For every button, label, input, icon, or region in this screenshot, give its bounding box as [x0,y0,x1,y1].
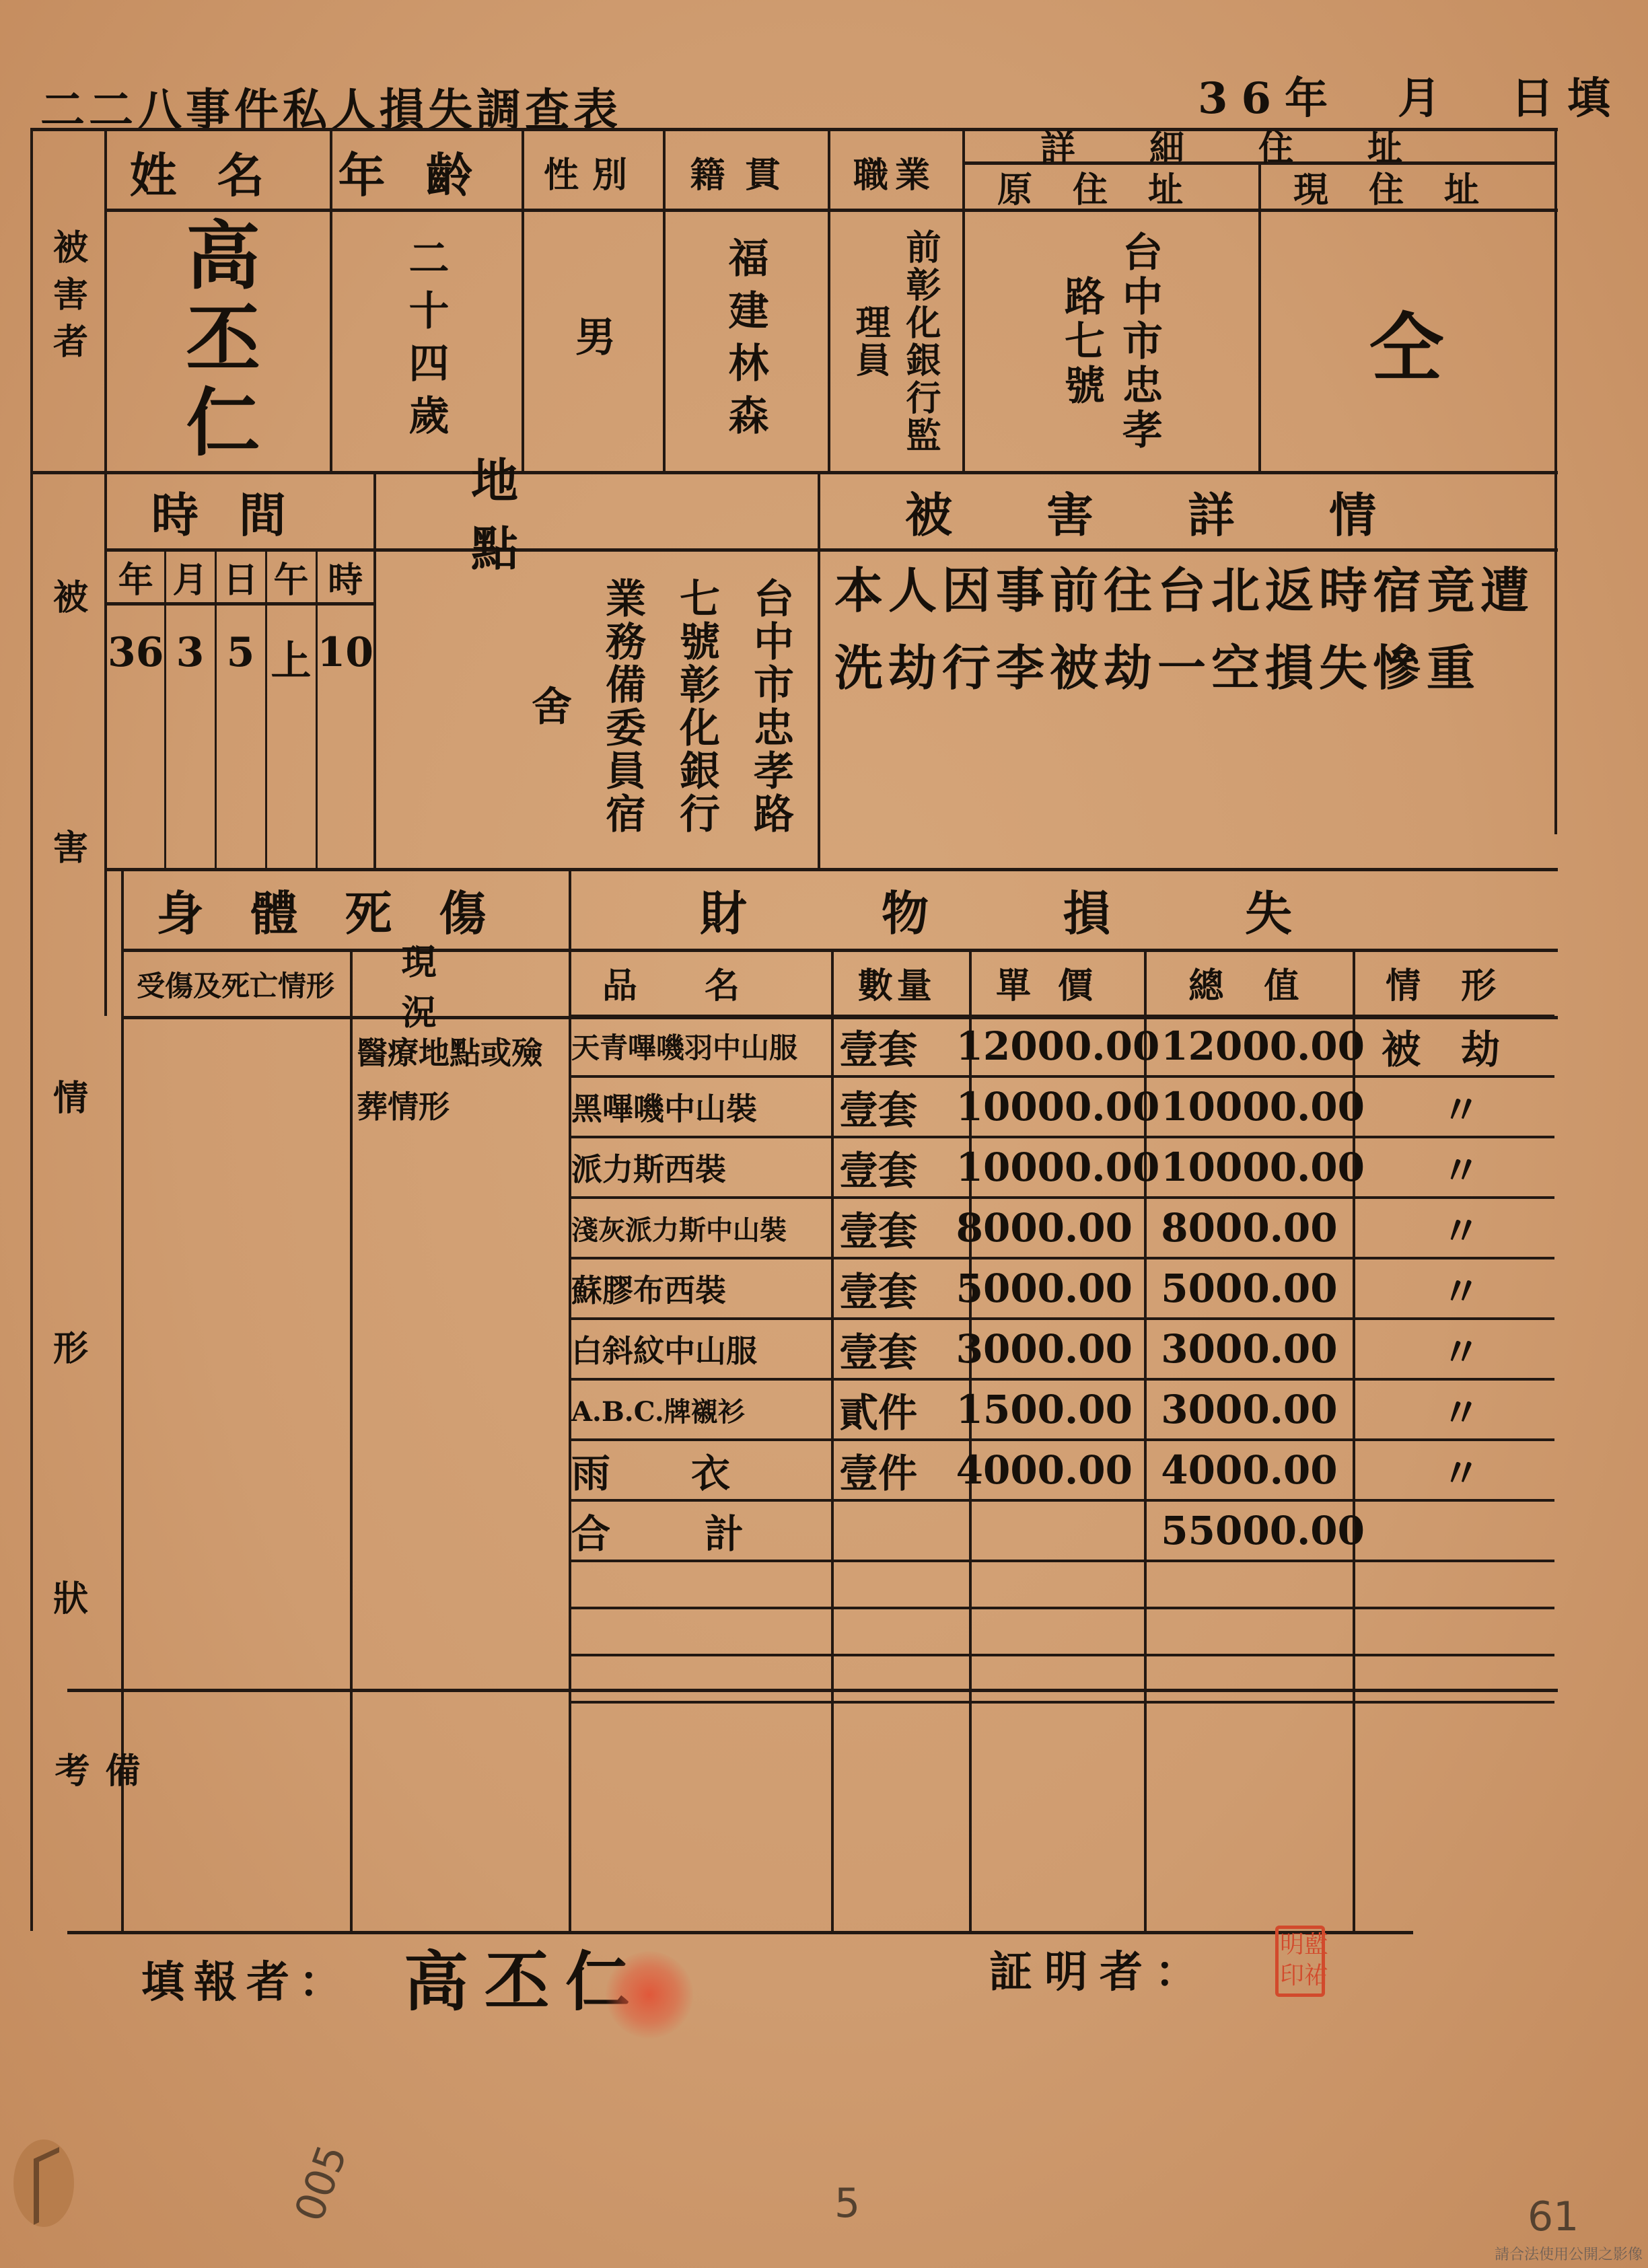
seal-char: 印 [1280,1961,1304,1992]
item-name: 派力斯西裝 [571,1137,838,1198]
divider [30,128,33,1931]
item-name: A.B.C.牌襯衫 [571,1379,838,1440]
item-qty: 壹件 [838,1440,956,1500]
item-qty: 壹套 [838,1258,956,1319]
certifier-label: 証明者： [989,1938,1210,2000]
item-unit-price: 10000.00 [956,1137,1161,1198]
item-status: 〃 [1367,1319,1554,1379]
table-row: 天青嗶嘰羽中山服壹套12000.0012000.00被劫 [571,1016,1554,1076]
item-name: 白斜紋中山服 [571,1319,838,1379]
table-row: 淺灰派力斯中山裝壹套8000.008000.00〃 [571,1198,1554,1258]
divider [67,1931,1413,1934]
item-total: 10000.00 [1160,1076,1367,1137]
victim-sex: 男 [525,215,659,468]
table-row: 蘇膠布西裝壹套5000.005000.00〃 [571,1258,1554,1319]
col-item: 品名 [571,951,838,1016]
seal-char: 明 [1280,1930,1304,1961]
table-row-empty [571,1608,1554,1655]
item-unit-price: 12000.00 [956,1016,1161,1076]
seal-char: 藍 [1304,1930,1328,1961]
item-qty: 壹套 [838,1137,956,1198]
item-total: 5000.00 [1160,1258,1367,1319]
item-name: 天青嗶嘰羽中山服 [571,1016,838,1076]
time-col-day: 日 [217,552,267,602]
divider [104,128,107,1016]
table-row: 白斜紋中山服壹套3000.003000.00〃 [571,1319,1554,1379]
table-row-empty [571,1655,1554,1702]
table-total-row: 合計55000.00 [571,1500,1554,1561]
archive-logo-icon [13,2139,74,2227]
time-grid: 年 月 日 午 時 36 3 5 上 10 [108,552,373,868]
filler-label: 填報者： [141,1948,351,2010]
fingerprint-seal [606,1951,693,2039]
item-total: 3000.00 [1160,1319,1367,1379]
time-col-year: 年 [108,552,166,602]
divider [663,128,666,471]
divider [818,471,820,868]
side-label-victim: 被害者 [34,135,101,464]
item-unit-price: 8000.00 [956,1198,1161,1258]
col-total: 總值 [1160,951,1367,1016]
table-row: 派力斯西裝壹套10000.0010000.00〃 [571,1137,1554,1198]
header-time: 時間 [108,474,370,548]
header-damage-detail: 被害詳情 [821,474,1554,548]
divider [1258,161,1261,471]
divider [330,128,332,471]
table-row: 雨衣壹件4000.004000.00〃 [571,1440,1554,1500]
item-name: 黑嗶嘰中山裝 [571,1076,838,1137]
table-header-row: 品名 數量 單價 總值 情形 [571,951,1554,1016]
page-stamp-note: 005 [286,2139,357,2228]
item-unit-price: 1500.00 [956,1379,1161,1440]
item-total: 8000.00 [1160,1198,1367,1258]
col-status: 情形 [1367,951,1554,1016]
item-qty: 壹套 [838,1319,956,1379]
item-qty: 貳件 [838,1379,956,1440]
page-number-note: 5 [834,2180,860,2227]
time-col-month: 月 [166,552,217,602]
item-status: 〃 [1367,1198,1554,1258]
divider [1554,128,1557,834]
header-property-loss: 財物損失 [572,871,1554,949]
total-label: 合計 [571,1500,838,1561]
time-value-month: 3 [166,602,217,868]
divider [828,128,830,471]
item-qty: 壹套 [838,1076,956,1137]
divider [373,471,376,868]
item-status: 〃 [1367,1258,1554,1319]
header-injury-death: 受傷及死亡情形 [124,952,347,1016]
item-status: 被劫 [1367,1016,1554,1076]
header-address: 詳細住址 [966,128,1551,161]
table-row-empty [571,1702,1554,1749]
header-sex: 性別 [525,135,659,209]
item-name: 淺灰派力斯中山裝 [571,1198,838,1258]
header-occupation: 職業 [831,135,959,209]
divider [962,128,965,471]
item-status: 〃 [1367,1379,1554,1440]
time-value-ampm: 上 [267,602,318,868]
header-name: 姓名 [108,135,326,209]
table-row-empty [571,1561,1554,1608]
property-loss-table: 品名 數量 單價 總值 情形 天青嗶嘰羽中山服壹套12000.0012000.0… [571,951,1554,1749]
item-total: 10000.00 [1160,1137,1367,1198]
incident-place: 台中市忠孝路七號彰化銀行業務備委員宿舍 [511,558,808,854]
watermark: 請合法使用公開之影像 [1495,2243,1643,2264]
item-qty: 壹套 [838,1016,956,1076]
col-quantity: 數量 [838,951,956,1016]
remarks-label: 備考 [67,1695,121,1924]
victim-current-address: 仝 [1262,215,1551,468]
item-unit-price: 10000.00 [956,1076,1161,1137]
victim-name: 高丕仁 [108,215,326,468]
header-original-address: 原住址 [966,165,1255,209]
victim-origin: 福建林森 [666,215,824,468]
table-row: 黑嗶嘰中山裝壹套10000.0010000.00〃 [571,1076,1554,1137]
header-origin: 籍貫 [666,135,824,209]
header-current-address: 現住址 [1262,165,1551,209]
time-value-hour: 10 [318,602,374,868]
header-place: 地點 [377,474,814,548]
header-status: 現況 [353,952,565,1016]
item-status: 〃 [1367,1137,1554,1198]
time-value-year: 36 [108,602,166,868]
certifier-seal: 明 藍 印 祐 [1275,1926,1325,1997]
victim-occupation: 前彰化銀行監理員 [831,215,959,468]
item-qty: 壹套 [838,1198,956,1258]
divider [522,128,524,471]
victim-age: 二十四歲 [333,215,518,468]
divider [350,949,353,1931]
item-name: 雨衣 [571,1440,838,1500]
header-age: 年齡 [333,135,518,209]
col-unit-price: 單價 [956,951,1161,1016]
victim-original-address: 台中市忠孝路七號 [966,215,1255,468]
seal-char: 祐 [1304,1961,1328,1992]
total-value: 55000.00 [1160,1500,1367,1561]
item-status: 〃 [1367,1440,1554,1500]
corner-number-note: 61 [1528,2193,1579,2240]
item-total: 4000.00 [1160,1440,1367,1500]
time-col-hour: 時 [318,552,374,602]
item-unit-price: 3000.00 [956,1319,1161,1379]
item-unit-price: 5000.00 [956,1258,1161,1319]
time-value-day: 5 [217,602,267,868]
item-status: 〃 [1367,1076,1554,1137]
status-note: 醫療地點或殮葬情形 [357,1026,565,1134]
item-name: 蘇膠布西裝 [571,1258,838,1319]
incident-detail: 本人因事前往台北返時宿竟遭洗劫行李被劫一空損失慘重 [834,552,1554,706]
time-col-ampm: 午 [267,552,318,602]
item-total: 12000.00 [1160,1016,1367,1076]
item-unit-price: 4000.00 [956,1440,1161,1500]
table-row: A.B.C.牌襯衫貳件1500.003000.00〃 [571,1379,1554,1440]
fill-date: 36年 月 日填 [1198,64,1624,126]
item-total: 3000.00 [1160,1379,1367,1440]
